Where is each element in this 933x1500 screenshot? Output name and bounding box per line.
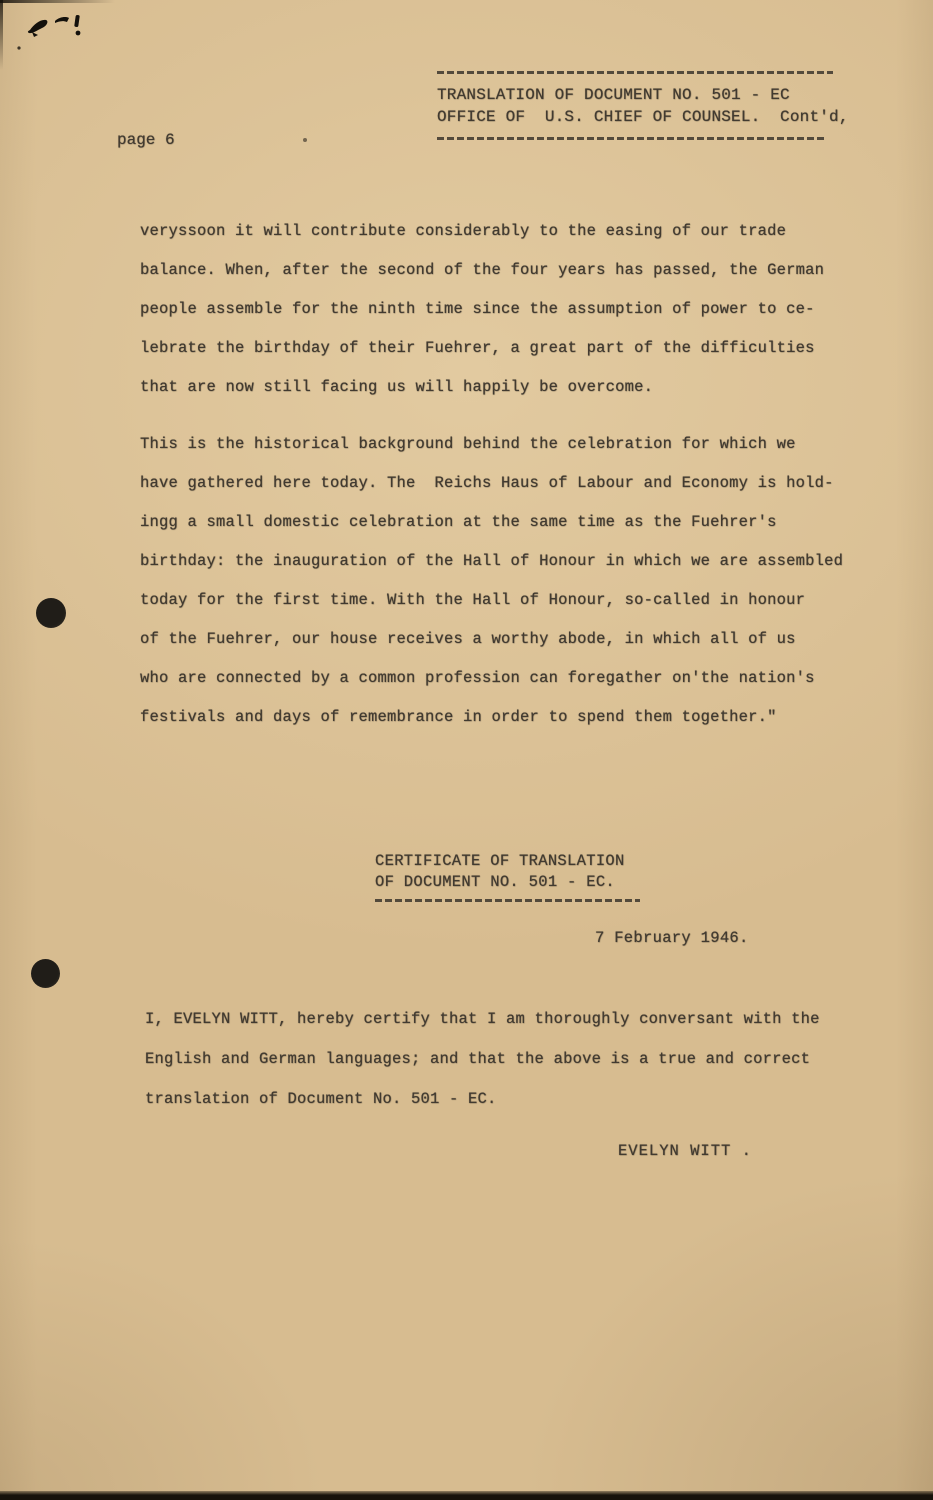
scan-edge-bottom [0, 1491, 933, 1500]
certification-statement: I, EVELYN WITT, hereby certify that I am… [145, 999, 820, 1119]
punch-hole [31, 959, 60, 988]
text-line: lebrate the birthday of their Fuehrer, a… [140, 329, 824, 368]
document-header-title: TRANSLATION OF DOCUMENT NO. 501 - EC [437, 84, 790, 106]
text-line: have gathered here today. The Reichs Hau… [140, 464, 843, 503]
text-line: of the Fuehrer, our house receives a wor… [140, 620, 843, 659]
text-line: festivals and days of remembrance in ord… [140, 698, 843, 737]
header-dashed-rule-top [437, 71, 833, 74]
translator-signature: EVELYN WITT . [618, 1141, 752, 1161]
scan-edge-left [0, 0, 3, 70]
paragraph-2: This is the historical background behind… [140, 425, 843, 737]
header-dashed-rule-bottom [437, 137, 827, 140]
certificate-date: 7 February 1946. [595, 928, 749, 948]
text-line: I, EVELYN WITT, hereby certify that I am… [145, 999, 820, 1039]
certificate-heading-line: OF DOCUMENT NO. 501 - EC. [375, 872, 625, 893]
certificate-heading: CERTIFICATE OF TRANSLATION OF DOCUMENT N… [375, 851, 625, 893]
handwritten-ink-marks [8, 4, 98, 54]
text-line: English and German languages; and that t… [145, 1039, 820, 1079]
text-line: balance. When, after the second of the f… [140, 251, 824, 290]
text-line: birthday: the inauguration of the Hall o… [140, 542, 843, 581]
punch-hole [36, 598, 66, 628]
page-number-label: page 6 [117, 131, 175, 149]
text-line: people assemble for the ninth time since… [140, 290, 824, 329]
text-line: This is the historical background behind… [140, 425, 843, 464]
text-line: veryssoon it will contribute considerabl… [140, 212, 824, 251]
paragraph-1: veryssoon it will contribute considerabl… [140, 212, 824, 407]
text-line: who are connected by a common profession… [140, 659, 843, 698]
text-line: translation of Document No. 501 - EC. [145, 1079, 820, 1119]
certificate-heading-line: CERTIFICATE OF TRANSLATION [375, 851, 625, 872]
text-line: that are now still facing us will happil… [140, 368, 824, 407]
ink-speck [303, 138, 307, 142]
text-line: ingg a small domestic celebration at the… [140, 503, 843, 542]
document-header-office: OFFICE OF U.S. CHIEF OF COUNSEL. Cont'd, [437, 106, 849, 128]
certificate-dashed-rule [375, 899, 640, 902]
scanned-document-page: TRANSLATION OF DOCUMENT NO. 501 - EC OFF… [0, 0, 933, 1500]
text-line: today for the first time. With the Hall … [140, 581, 843, 620]
scan-edge-top [0, 0, 115, 3]
